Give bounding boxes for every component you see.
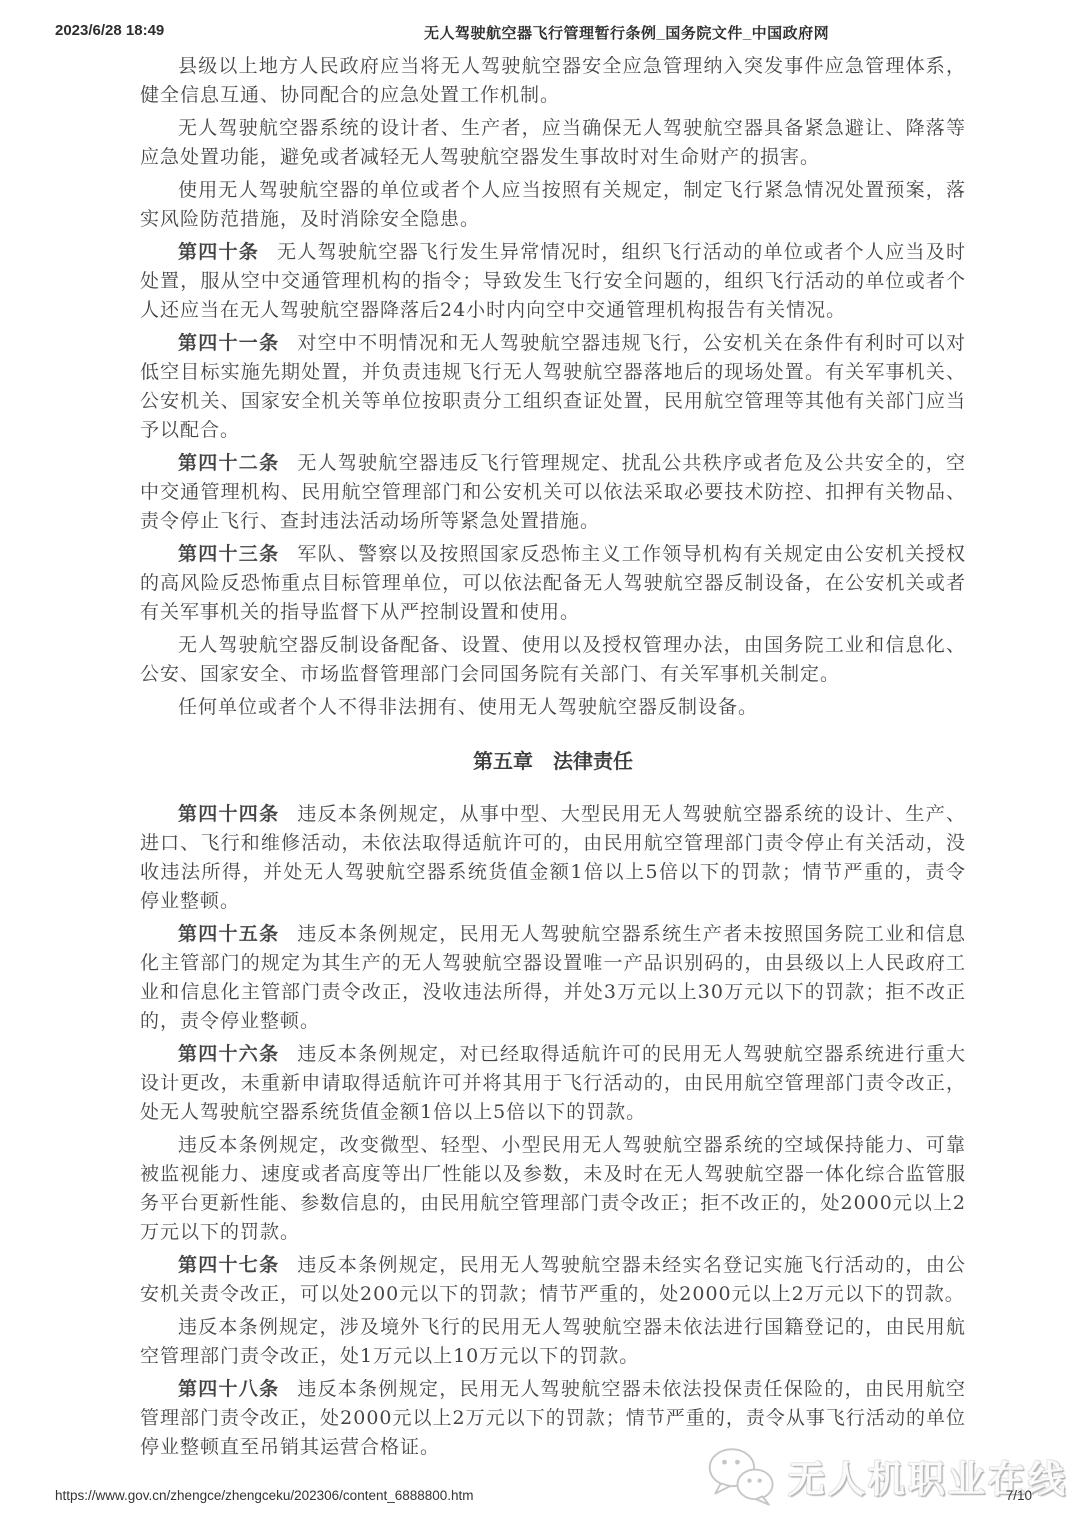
paragraph: 第四十四条违反本条例规定，从事中型、大型民用无人驾驶航空器系统的设计、生产、进口… — [140, 800, 966, 916]
paragraph: 第四十六条违反本条例规定，对已经取得适航许可的民用无人驾驶航空器系统进行重大设计… — [140, 1040, 966, 1127]
source-url: https://www.gov.cn/zhengce/zhengceku/202… — [55, 1488, 474, 1503]
article-number: 第四十四条 — [178, 803, 279, 825]
article-number: 第四十五条 — [178, 923, 279, 945]
paragraph: 使用无人驾驶航空器的单位或者个人应当按照有关规定，制定飞行紧急情况处置预案，落实… — [140, 176, 966, 234]
paragraph: 第四十七条违反本条例规定，民用无人驾驶航空器未经实名登记实施飞行活动的，由公安机… — [140, 1251, 966, 1309]
print-header: 2023/6/28 18:49 无人驾驶航空器飞行管理暂行条例_国务院文件_中国… — [0, 22, 1080, 42]
article-number: 第四十条 — [178, 241, 259, 263]
paragraph: 第四十二条无人驾驶航空器违反飞行管理规定、扰乱公共秩序或者危及公共安全的，空中交… — [140, 449, 966, 536]
chapter-heading: 第五章 法律责任 — [140, 747, 966, 776]
paragraph-text: 县级以上地方人民政府应当将无人驾驶航空器安全应急管理纳入突发事件应急管理体系，健… — [140, 55, 966, 106]
paragraph: 第四十一条对空中不明情况和无人驾驶航空器违规飞行，公安机关在条件有利时可以对低空… — [140, 329, 966, 445]
printed-page: 2023/6/28 18:49 无人驾驶航空器飞行管理暂行条例_国务院文件_中国… — [0, 0, 1080, 1527]
paragraph-text: 无人驾驶航空器系统的设计者、生产者，应当确保无人驾驶航空器具备紧急避让、降落等应… — [140, 117, 966, 168]
paragraph: 第四十条无人驾驶航空器飞行发生异常情况时，组织飞行活动的单位或者个人应当及时处置… — [140, 238, 966, 325]
article-number: 第四十八条 — [178, 1378, 279, 1400]
print-datetime: 2023/6/28 18:49 — [55, 22, 164, 39]
paragraph: 第四十五条违反本条例规定，民用无人驾驶航空器系统生产者未按照国务院工业和信息化主… — [140, 920, 966, 1036]
paragraph-text: 违反本条例规定，改变微型、轻型、小型民用无人驾驶航空器系统的空域保持能力、可靠被… — [140, 1134, 966, 1243]
paragraph: 无人驾驶航空器系统的设计者、生产者，应当确保无人驾驶航空器具备紧急避让、降落等应… — [140, 114, 966, 172]
article-number: 第四十六条 — [178, 1043, 279, 1065]
paragraph-text: 任何单位或者个人不得非法拥有、使用无人驾驶航空器反制设备。 — [178, 696, 758, 718]
paragraph: 第四十三条军队、警察以及按照国家反恐怖主义工作领导机构有关规定由公安机关授权的高… — [140, 540, 966, 627]
document-body: 县级以上地方人民政府应当将无人驾驶航空器安全应急管理纳入突发事件应急管理体系，健… — [140, 52, 966, 1466]
paragraph: 第四十八条违反本条例规定，民用无人驾驶航空器未依法投保责任保险的，由民用航空管理… — [140, 1375, 966, 1462]
page-number: 7/10 — [1006, 1488, 1032, 1503]
paragraph: 违反本条例规定，改变微型、轻型、小型民用无人驾驶航空器系统的空域保持能力、可靠被… — [140, 1131, 966, 1247]
paragraph: 无人驾驶航空器反制设备配备、设置、使用以及授权管理办法，由国务院工业和信息化、公… — [140, 631, 966, 689]
paragraph-text: 违反本条例规定，涉及境外飞行的民用无人驾驶航空器未依法进行国籍登记的，由民用航空… — [140, 1316, 966, 1367]
print-title: 无人驾驶航空器飞行管理暂行条例_国务院文件_中国政府网 — [424, 22, 829, 43]
article-number: 第四十三条 — [178, 543, 279, 565]
paragraph-text: 无人驾驶航空器反制设备配备、设置、使用以及授权管理办法，由国务院工业和信息化、公… — [140, 634, 966, 685]
paragraph-text: 无人驾驶航空器飞行发生异常情况时，组织飞行活动的单位或者个人应当及时处置，服从空… — [140, 241, 966, 321]
article-number: 第四十一条 — [178, 332, 279, 354]
article-number: 第四十二条 — [178, 452, 279, 474]
paragraph: 违反本条例规定，涉及境外飞行的民用无人驾驶航空器未依法进行国籍登记的，由民用航空… — [140, 1313, 966, 1371]
paragraph: 县级以上地方人民政府应当将无人驾驶航空器安全应急管理纳入突发事件应急管理体系，健… — [140, 52, 966, 110]
article-number: 第四十七条 — [178, 1254, 279, 1276]
paragraph: 任何单位或者个人不得非法拥有、使用无人驾驶航空器反制设备。 — [140, 693, 966, 722]
paragraph-text: 使用无人驾驶航空器的单位或者个人应当按照有关规定，制定飞行紧急情况处置预案，落实… — [140, 179, 966, 230]
